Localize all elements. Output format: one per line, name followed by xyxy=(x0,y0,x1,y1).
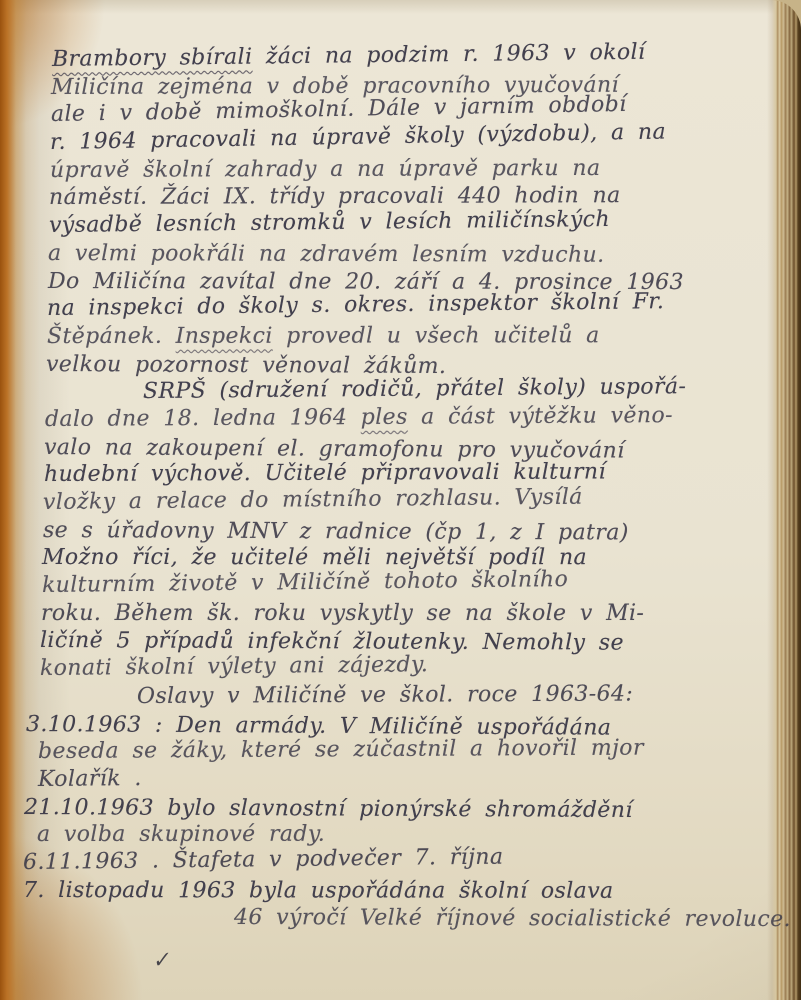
check-mark: ✓ xyxy=(150,947,171,973)
handwriting-text: 7. listopadu 1963 byla uspořádána školní… xyxy=(23,878,614,904)
handwriting-text: velkou pozornost věnoval žákům. xyxy=(46,352,446,379)
handwriting-text: vložky a relace do místního rozhlasu. Vy… xyxy=(43,485,583,515)
wavy-underlined-text: Brambory sbírali xyxy=(52,45,253,72)
handwriting-text: SRPŠ (sdružení rodičů, přátel školy) usp… xyxy=(143,374,686,404)
wavy-underlined-text: ples xyxy=(360,405,407,430)
handwriting-text: roku. Během šk. roku vyskytly se na škol… xyxy=(41,601,644,626)
handwriting-text: a volba skupinové rady. xyxy=(37,822,325,847)
handwriting-text: beseda se žáky, které se zúčastnil a hov… xyxy=(38,736,644,764)
photo-frame: Brambory sbírali žáci na podzim r. 1963 … xyxy=(0,0,801,1000)
handwriting-block: Brambory sbírali žáci na podzim r. 1963 … xyxy=(36,46,757,932)
handwriting-text: hudební výchově. Učitelé připravovali ku… xyxy=(44,460,606,488)
handwriting-text: 46 výročí Velké říjnové socialistické re… xyxy=(234,905,791,932)
handwriting-text: se s úřadovny MNV z radnice (čp 1, z I p… xyxy=(43,518,629,545)
handwriting-text: žáci na podzim r. 1963 v okolí xyxy=(252,40,645,70)
handwriting-text: úpravě školní zahrady a na úpravě parku … xyxy=(50,156,601,183)
wavy-underlined-text: Inspekci xyxy=(175,324,272,349)
handwriting-line: konati školní výlety ani zájezdy. xyxy=(40,648,757,683)
handwriting-line: 46 výročí Velké říjnové socialistické re… xyxy=(234,904,757,934)
handwriting-text: a velmi pookřáli na zdravém lesním vzduc… xyxy=(48,241,605,268)
handwriting-text: 6.11.1963 . Štafeta v podvečer 7. října xyxy=(23,844,504,874)
handwriting-text: Kolařík . xyxy=(38,766,142,792)
paper-page: Brambory sbírali žáci na podzim r. 1963 … xyxy=(0,0,801,1000)
handwriting-line: Brambory sbírali žáci na podzim r. 1963 … xyxy=(52,37,757,73)
handwriting-text: kulturním životě v Miličíně tohoto školn… xyxy=(41,567,567,598)
handwriting-line: úpravě školní zahrady a na úpravě parku … xyxy=(50,154,757,184)
handwriting-text: konati školní výlety ani zájezdy. xyxy=(40,652,428,681)
handwriting-text: Štěpánek. xyxy=(46,324,175,349)
handwriting-text: na inspekci do školy s. okres. inspektor… xyxy=(47,289,665,321)
handwriting-text: Oslavy v Miličíně ve škol. roce 1963-64: xyxy=(137,681,633,709)
handwriting-line: Kolařík . xyxy=(38,759,758,793)
handwriting-line: dalo dne 18. ledna 1964 ples a část výtě… xyxy=(45,401,757,433)
handwriting-line: SRPŠ (sdružení rodičů, přátel školy) usp… xyxy=(143,373,757,406)
handwriting-line: Oslavy v Miličíně ve škol. roce 1963-64: xyxy=(137,680,757,711)
handwriting-text: 21.10.1963 bylo slavnostní pionýrské shr… xyxy=(24,795,633,823)
handwriting-text: a část výtěžku věno- xyxy=(408,403,673,430)
handwriting-line: Štěpánek. Inspekci provedl u všech učite… xyxy=(46,322,757,351)
handwriting-text: výsadbě lesních stromků v lesích miličín… xyxy=(49,207,610,238)
handwriting-line: a velmi pookřáli na zdravém lesním vzduc… xyxy=(48,240,757,270)
handwriting-line: se s úřadovny MNV z radnice (čp 1, z I p… xyxy=(43,517,757,548)
handwriting-line: roku. Během šk. roku vyskytly se na škol… xyxy=(41,600,757,628)
handwriting-line: 7. listopadu 1963 byla uspořádána školní… xyxy=(23,877,757,906)
handwriting-text: dalo dne 18. ledna 1964 xyxy=(45,405,361,432)
handwriting-text: provedl u všech učitelů a xyxy=(272,323,599,348)
handwriting-line: vložky a relace do místního rozhlasu. Vy… xyxy=(43,482,757,517)
